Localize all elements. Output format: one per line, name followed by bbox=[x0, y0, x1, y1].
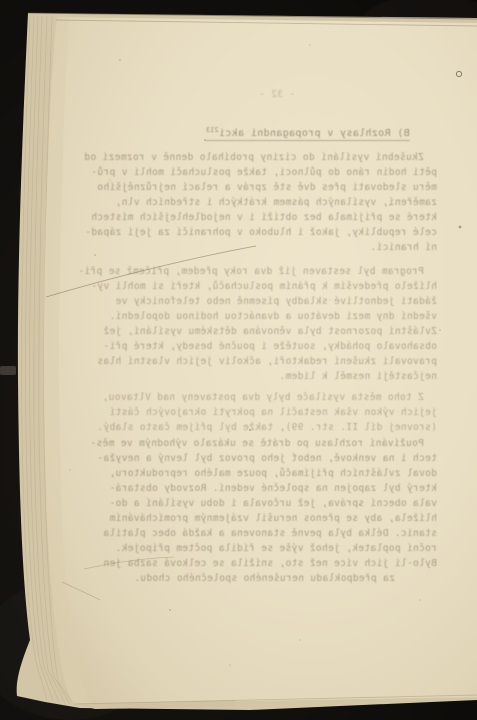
bleedthrough-text-line: žádati jednotlivé skladby písemně nebo t… bbox=[62, 294, 437, 309]
bleedthrough-text-line: Zkušební vysílání do ciziny probíhalo de… bbox=[62, 150, 437, 165]
bleedthrough-heading-text: B) Rozhlasy v propagandni akci bbox=[219, 128, 410, 139]
bleedthrough-text-line: které se přijímala bez obtíží i v nejodl… bbox=[62, 210, 437, 225]
bleedthrough-text-line: (srovnej díl II. str. 99), takže byl pří… bbox=[62, 420, 437, 435]
background-object bbox=[0, 366, 16, 375]
bleedthrough-text-line: za předpokladu nerušeného společného cho… bbox=[62, 571, 437, 586]
bleedthrough-text-line: celé republiky, jakož i hluboko v pohran… bbox=[62, 225, 437, 240]
bleedthrough-text-line: Z toho města vysílače byly dva postaveny… bbox=[62, 390, 437, 405]
bleedthrough-text-line: Zvláštní pozornost byla věnována dětském… bbox=[62, 324, 437, 339]
bleedthrough-text-line: hlížela, aby se přenos nerušil vzájemným… bbox=[62, 511, 437, 526]
bleedthrough-text-line: obsahovalo pohádky, soutěže i poučné bes… bbox=[62, 339, 437, 354]
footnote-reference: 213 bbox=[206, 126, 219, 134]
bleedthrough-paragraph: Z toho města vysílače byly dva postaveny… bbox=[62, 390, 437, 435]
bleedthrough-text-line: stanic. Délka byla pevně stanovena a kaž… bbox=[62, 526, 437, 541]
bleedthrough-heading: B) Rozhlasy v propagandni akci213 bbox=[206, 122, 410, 142]
bleedthrough-text-line: roční poplatek, jehož výše se řídila poč… bbox=[62, 541, 437, 556]
bleedthrough-text-line: Program byl sestaven již dva roky předem… bbox=[62, 264, 437, 279]
bleedthrough-text-line: zaměření, vysílaných pásmem krátkých i s… bbox=[62, 195, 437, 210]
bleedthrough-text-line: měru sledovati přes dvě stě zpráv a rela… bbox=[62, 180, 437, 195]
bleedthrough-page-number: - 32 - bbox=[212, 87, 342, 102]
bleedthrough-text-line: ní hranicí. bbox=[62, 240, 437, 255]
dust-spot bbox=[459, 226, 462, 229]
bleedthrough-text-line: hlíželo především k přáním posluchačů, k… bbox=[62, 279, 437, 294]
bleedthrough-text-line: všední dny mezi devátou a dvanáctou hodi… bbox=[62, 309, 437, 324]
bleedthrough-paragraph: Zkušební vysílání do ciziny probíhalo de… bbox=[62, 150, 437, 255]
bleedthrough-text-line: Bylo-li jich více než sto, snížila se ce… bbox=[62, 556, 437, 571]
bleedthrough-text-line: nejčastěji nesměl k lidem. bbox=[62, 369, 437, 384]
bleedthrough-text-line: který byl zapojen na společné vedení. Ro… bbox=[62, 481, 437, 496]
bleedthrough-paragraph: Používání rozhlasu po drátě se ukázalo v… bbox=[62, 436, 437, 586]
bleedthrough-text-line: pěti hodin ráno do půlnoci, takže posluc… bbox=[62, 165, 437, 180]
bleedthrough-text-line: tech i na venkově, neboť jeho provoz byl… bbox=[62, 451, 437, 466]
bleedthrough-text-line: doval zvláštních přijímačů, pouze malého… bbox=[62, 466, 437, 481]
bleedthrough-text-line: pravovali zkušení redaktoři, ačkoliv jej… bbox=[62, 354, 437, 369]
bleedthrough-text-line: Používání rozhlasu po drátě se ukázalo v… bbox=[62, 436, 437, 451]
bleedthrough-text-line: jejich výkon však nestačil na pokrytí ok… bbox=[62, 405, 437, 420]
bleedthrough-paragraph: Program byl sestaven již dva roky předem… bbox=[62, 264, 437, 384]
book-photo: - 32 - B) Rozhlasy v propagandni akci213… bbox=[0, 0, 477, 720]
bleedthrough-text-line: vala obecní správa, jež určovala i dobu … bbox=[62, 496, 437, 511]
